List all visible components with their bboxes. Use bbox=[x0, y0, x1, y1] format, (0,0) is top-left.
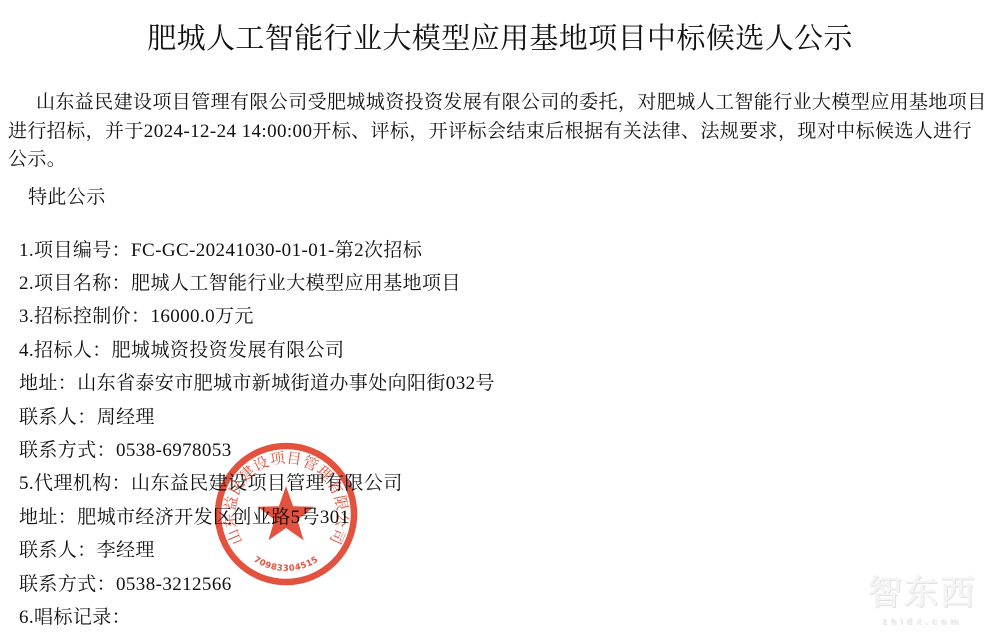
tenderer-address-line: 地址：山东省泰安市肥城市新城街道办事处向阳街032号 bbox=[19, 367, 1000, 400]
agency-line: 5.代理机构：山东益民建设项目管理有限公司 bbox=[19, 467, 1000, 500]
notice-line: 特此公示 bbox=[28, 184, 1000, 212]
tenderer-phone-line: 联系方式：0538-6978053 bbox=[19, 434, 1000, 467]
tenderer-contact-line: 联系人：周经理 bbox=[19, 401, 1000, 434]
agency-contact-line: 联系人：李经理 bbox=[19, 534, 1000, 567]
agency-address-line: 地址：肥城市经济开发区创业路5号301 bbox=[19, 501, 1000, 534]
announcement-document: 肥城人工智能行业大模型应用基地项目中标候选人公示 山东益民建设项目管理有限公司受… bbox=[0, 0, 1000, 640]
intro-paragraph: 山东益民建设项目管理有限公司受肥城城资投资发展有限公司的委托，对肥城人工智能行业… bbox=[8, 89, 990, 175]
bid-record-line: 6.唱标记录： bbox=[19, 601, 1000, 634]
agency-phone-line: 联系方式：0538-3212566 bbox=[19, 568, 1000, 601]
page-title: 肥城人工智能行业大模型应用基地项目中标候选人公示 bbox=[0, 20, 1000, 58]
project-number-line: 1.项目编号：FC-GC-20241030-01-01-第2次招标 bbox=[19, 234, 1000, 267]
detail-lines: 1.项目编号：FC-GC-20241030-01-01-第2次招标 2.项目名称… bbox=[19, 234, 1000, 635]
control-price-line: 3.招标控制价：16000.0万元 bbox=[19, 300, 1000, 333]
project-name-line: 2.项目名称：肥城人工智能行业大模型应用基地项目 bbox=[19, 267, 1000, 300]
tenderer-line: 4.招标人：肥城城资投资发展有限公司 bbox=[19, 334, 1000, 367]
